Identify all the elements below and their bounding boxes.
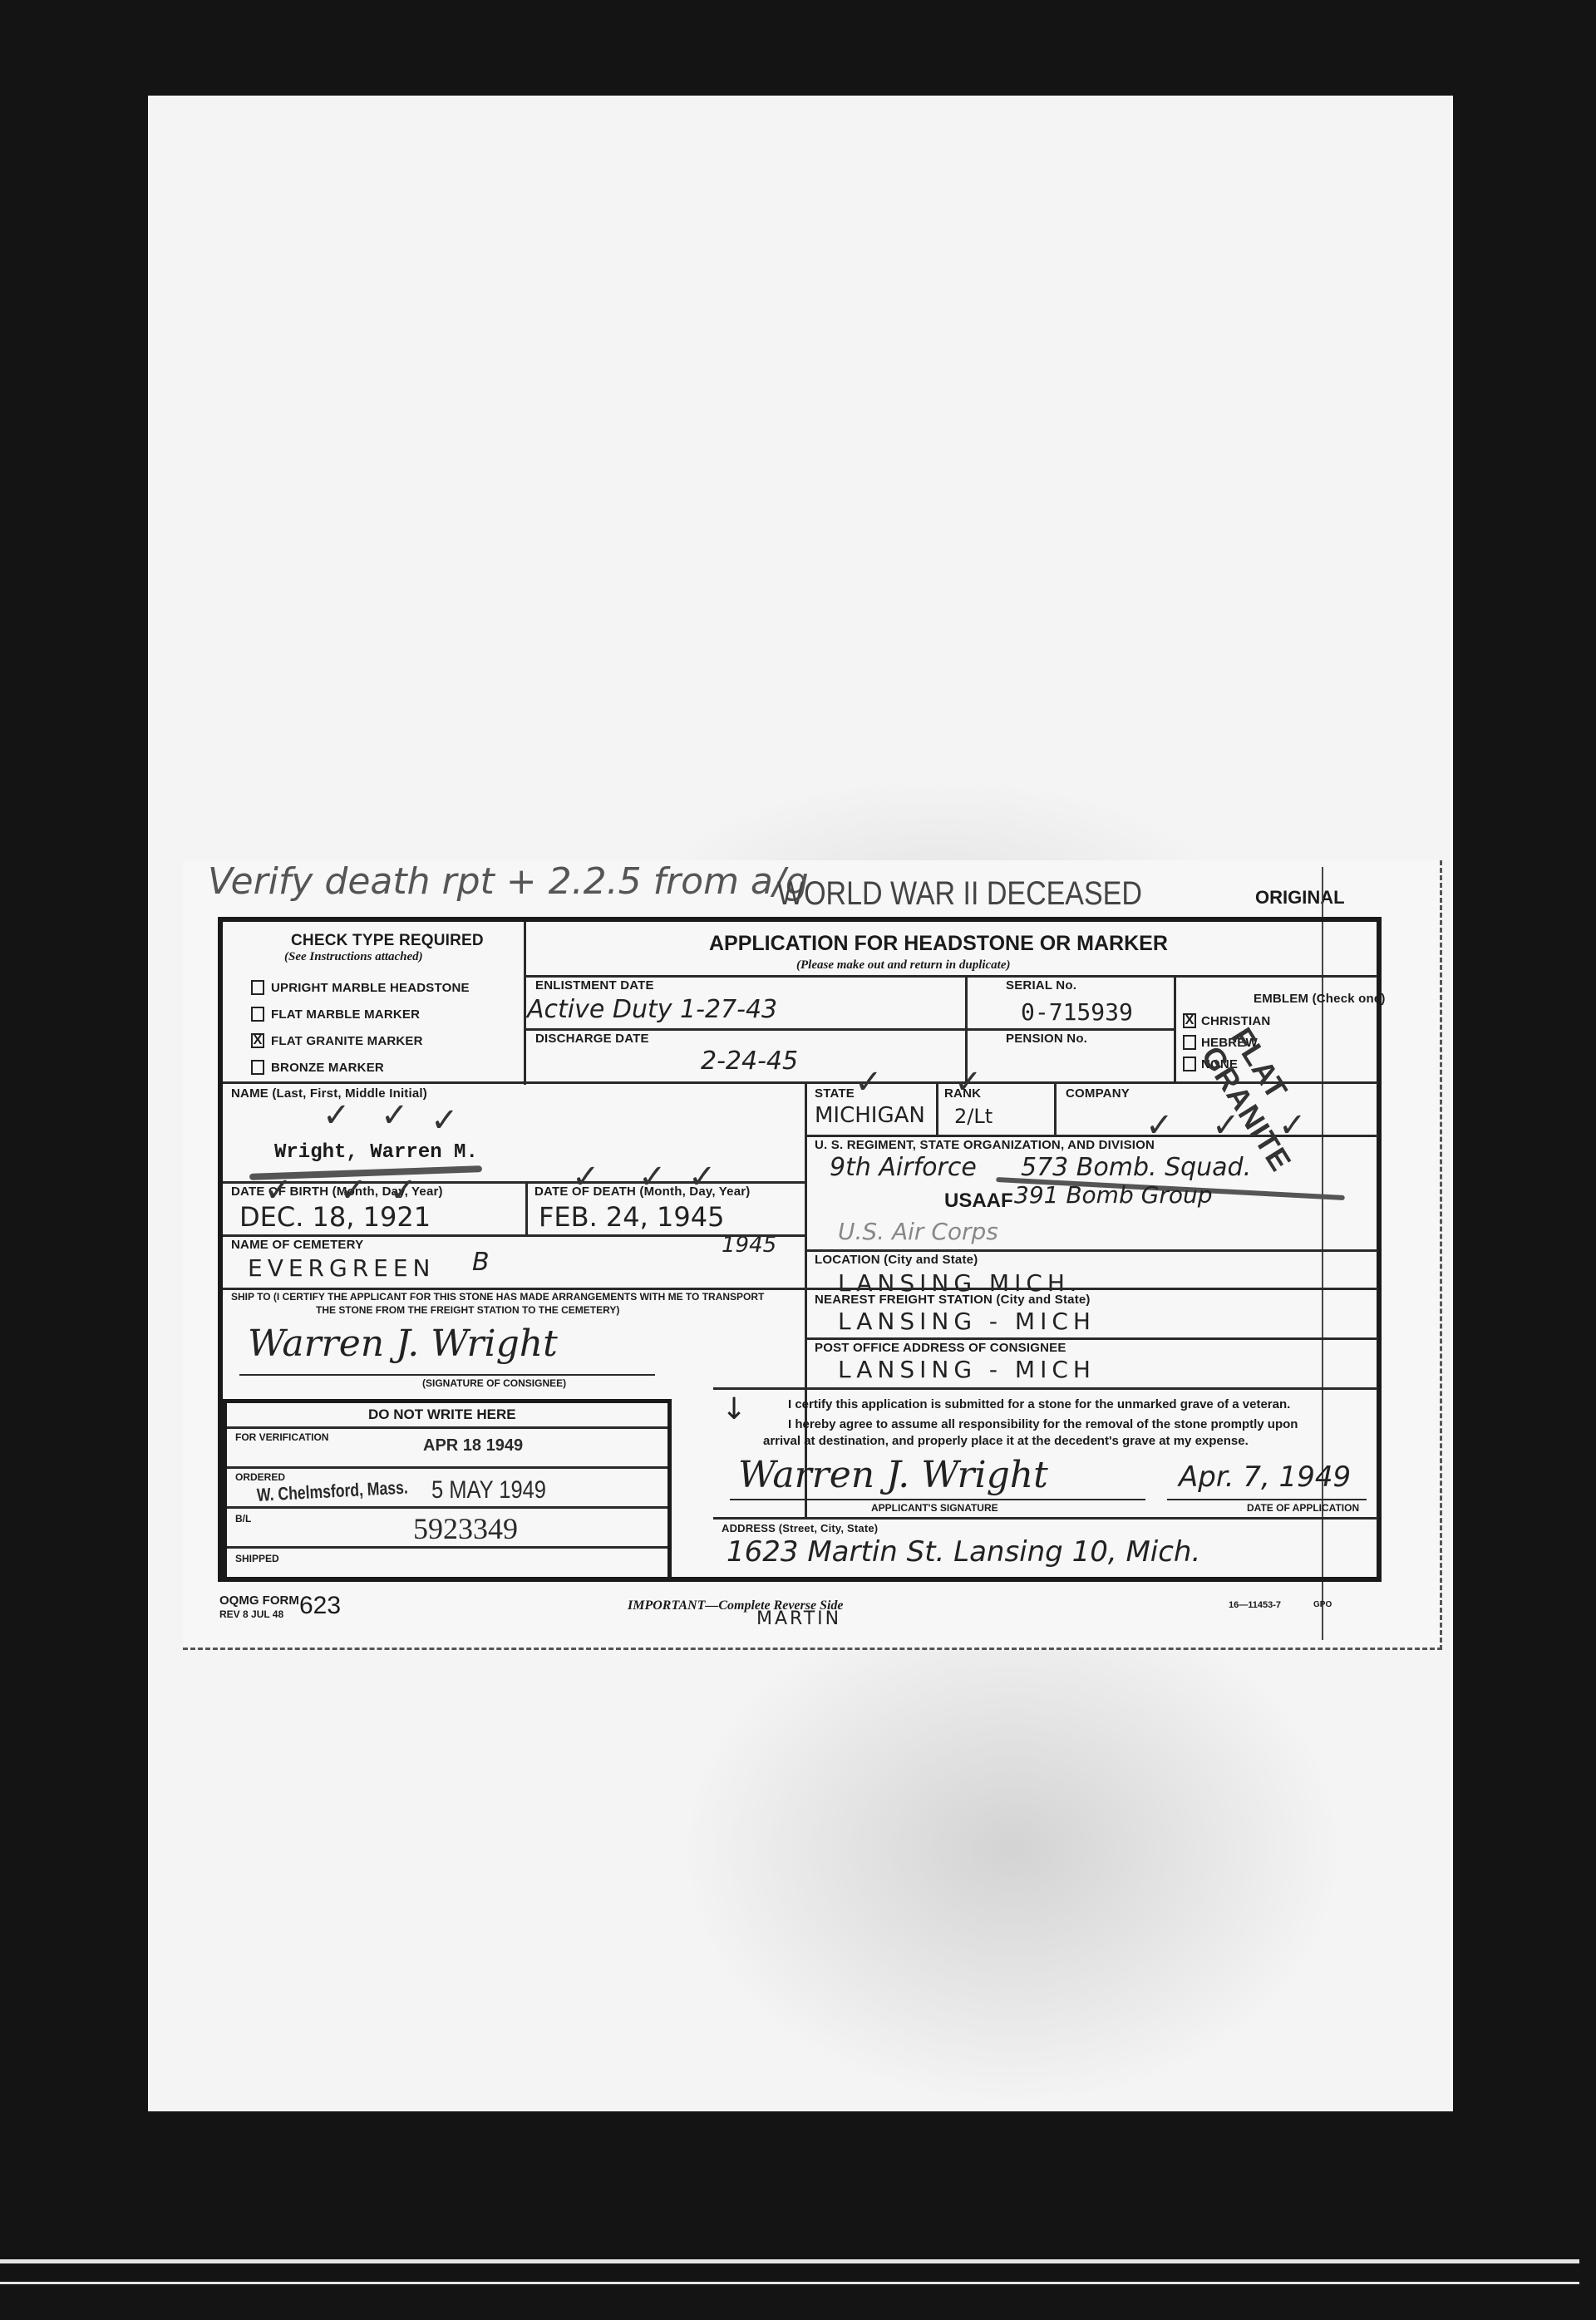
ordered-date-stamp: 5 MAY 1949: [431, 1476, 546, 1505]
office-use-box: DO NOT WRITE HERE FOR VERIFICATION APR 1…: [223, 1399, 672, 1582]
serial-label: SERIAL No.: [1006, 978, 1076, 993]
name-value[interactable]: Wright, Warren M.: [274, 1141, 478, 1164]
cemetery-label: NAME OF CEMETERY: [231, 1238, 363, 1252]
checkbox[interactable]: [251, 1060, 264, 1075]
checkmark-icon: ✓: [572, 1158, 600, 1196]
ship-to-label-line2: THE STONE FROM THE FREIGHT STATION TO TH…: [316, 1304, 619, 1316]
discharge-value[interactable]: 2-24-45: [701, 1047, 798, 1076]
divider: [227, 1426, 667, 1429]
checkmark-icon: ✓: [954, 1063, 983, 1101]
applicant-signature-label: APPLICANT'S SIGNATURE: [871, 1502, 998, 1514]
divider: [227, 1466, 667, 1469]
divider: [713, 1517, 1378, 1520]
divider: [525, 1181, 528, 1234]
regiment-line2[interactable]: 391 Bomb Group: [1014, 1181, 1213, 1209]
divider: [524, 922, 526, 1085]
divider: [223, 1234, 805, 1237]
post-office-label: POST OFFICE ADDRESS OF CONSIGNEE: [815, 1341, 1066, 1355]
divider: [966, 1028, 1174, 1031]
divider: [806, 1249, 1378, 1252]
divider: [227, 1506, 667, 1509]
divider: [936, 1081, 938, 1135]
freight-label: NEAREST FREIGHT STATION (City and State): [815, 1293, 1091, 1307]
form-subtitle: (Please make out and return in duplicate…: [796, 958, 1011, 973]
check-type-heading: CHECK TYPE REQUIRED: [291, 932, 484, 950]
divider: [223, 1288, 1378, 1290]
certification-line2: I hereby agree to assume all responsibil…: [788, 1417, 1298, 1431]
checkbox-checked[interactable]: X: [1183, 1013, 1196, 1028]
serial-value[interactable]: 0-715939: [1021, 998, 1133, 1026]
rank-value[interactable]: 2/Lt: [954, 1105, 993, 1128]
divider: [223, 1181, 805, 1184]
regiment-label: U. S. REGIMENT, STATE ORGANIZATION, AND …: [815, 1138, 1155, 1152]
form-id-line2: REV 8 JUL 48: [219, 1608, 283, 1620]
application-date[interactable]: Apr. 7, 1949: [1179, 1460, 1351, 1494]
regiment-pencil-note: U.S. Air Corps: [838, 1218, 998, 1245]
header-annotation: Verify death rpt + 2.2.5 from a/g: [208, 860, 809, 903]
ship-to-label-line1: SHIP TO (I CERTIFY THE APPLICANT FOR THI…: [231, 1291, 764, 1303]
option-label: FLAT GRANITE MARKER: [271, 1034, 423, 1048]
regiment-line1[interactable]: 9th Airforce: [830, 1153, 977, 1182]
divider: [1054, 1081, 1057, 1135]
company-label: COMPANY: [1066, 1086, 1130, 1101]
verification-label: FOR VERIFICATION: [235, 1431, 328, 1443]
ordered-label: ORDERED: [235, 1471, 285, 1483]
print-code: 16—11453-7: [1229, 1600, 1281, 1610]
divider: [227, 1546, 667, 1549]
form-frame: CHECK TYPE REQUIRED (See Instructions at…: [218, 917, 1382, 1582]
film-edge-line: [0, 2259, 1579, 2263]
scan-smudge: [680, 1592, 1345, 2107]
regiment-typed: USAAF: [944, 1190, 1013, 1213]
world-war-ii-stamp: WORLD WAR II DECEASED: [777, 875, 1142, 913]
date-line: [1167, 1499, 1367, 1500]
death-value[interactable]: FEB. 24, 1945: [539, 1201, 724, 1233]
option-label: UPRIGHT MARBLE HEADSTONE: [271, 981, 470, 995]
enlistment-value[interactable]: Active Duty 1-27-43: [527, 995, 777, 1024]
consignee-signature-label: (SIGNATURE OF CONSIGNEE): [422, 1377, 566, 1389]
emblem-heading: EMBLEM (Check one): [1254, 992, 1386, 1006]
checkmark-icon: ✓: [688, 1158, 717, 1196]
checkmark-icon: ✓: [431, 1101, 459, 1140]
address-label: ADDRESS (Street, City, State): [722, 1522, 878, 1534]
checkbox-checked[interactable]: X: [251, 1033, 264, 1048]
checkmark-icon: ✓: [323, 1096, 351, 1135]
certification-line3: arrival at destination, and properly pla…: [763, 1434, 1249, 1448]
checkbox[interactable]: [251, 1007, 264, 1022]
form-number: 623: [299, 1592, 341, 1620]
gpo-mark: GPO: [1313, 1600, 1332, 1609]
checkbox[interactable]: [1183, 1035, 1196, 1050]
location-label: LOCATION (City and State): [815, 1253, 978, 1267]
divider: [525, 1028, 966, 1031]
regiment-line1b[interactable]: 573 Bomb. Squad.: [1021, 1153, 1251, 1182]
discharge-label: DISCHARGE DATE: [535, 1032, 649, 1046]
signature-line: [730, 1499, 1145, 1500]
film-edge-line: [0, 2282, 1579, 2284]
cemetery-mark: B: [472, 1248, 490, 1277]
signature-line: [239, 1374, 655, 1376]
freight-value[interactable]: LANSING - MICH: [838, 1308, 1096, 1335]
divider: [713, 1387, 1378, 1390]
consignee-signature[interactable]: Warren J. Wright: [248, 1323, 558, 1365]
check-type-subheading: (See Instructions attached): [284, 950, 423, 964]
state-label: STATE: [815, 1086, 855, 1101]
option-label: FLAT MARBLE MARKER: [271, 1007, 420, 1022]
original-label: ORIGINAL: [1255, 887, 1345, 909]
checkmark-icon: ✓: [381, 1096, 409, 1135]
checkmark-icon: ✓: [389, 1171, 417, 1209]
checkmark-icon: ✓: [264, 1171, 293, 1209]
cemetery-value[interactable]: EVERGREEN: [248, 1254, 435, 1282]
application-date-label: DATE OF APPLICATION: [1247, 1502, 1359, 1514]
post-office-value[interactable]: LANSING - MICH: [838, 1356, 1096, 1383]
pension-label: PENSION No.: [1006, 1032, 1087, 1046]
checkbox[interactable]: [251, 980, 264, 995]
applicant-signature[interactable]: Warren J. Wright: [738, 1454, 1048, 1496]
option-label: CHRISTIAN: [1201, 1014, 1270, 1028]
checkmark-icon: ✓: [339, 1171, 367, 1209]
divider: [805, 1081, 807, 1518]
bl-label: B/L: [235, 1513, 251, 1525]
checkmark-icon: ✓: [855, 1063, 883, 1101]
arrow-annotation: ↓: [722, 1392, 746, 1426]
enlistment-label: ENLISTMENT DATE: [535, 978, 654, 993]
verification-stamp: APR 18 1949: [423, 1436, 523, 1456]
option-label: BRONZE MARKER: [271, 1061, 384, 1075]
shipped-label: SHIPPED: [235, 1553, 279, 1564]
state-value[interactable]: MICHIGAN: [815, 1103, 925, 1128]
form-title: APPLICATION FOR HEADSTONE OR MARKER: [709, 932, 1168, 956]
divider: [1174, 975, 1176, 1081]
bl-number: 5923349: [413, 1511, 518, 1546]
divider: [806, 1337, 1378, 1340]
address-value[interactable]: 1623 Martin St. Lansing 10, Mich.: [727, 1535, 1200, 1569]
divider: [223, 1081, 1378, 1084]
do-not-write-heading: DO NOT WRITE HERE: [368, 1406, 516, 1423]
divider: [525, 975, 1377, 978]
address-correction: MARTIN: [756, 1608, 841, 1629]
headstone-application-card: Verify death rpt + 2.2.5 from a/g WORLD …: [183, 860, 1442, 1650]
checkmark-icon: ✓: [638, 1158, 667, 1196]
form-id-line1: OQMG FORM: [219, 1593, 299, 1608]
certification-line1: I certify this application is submitted …: [788, 1397, 1290, 1411]
